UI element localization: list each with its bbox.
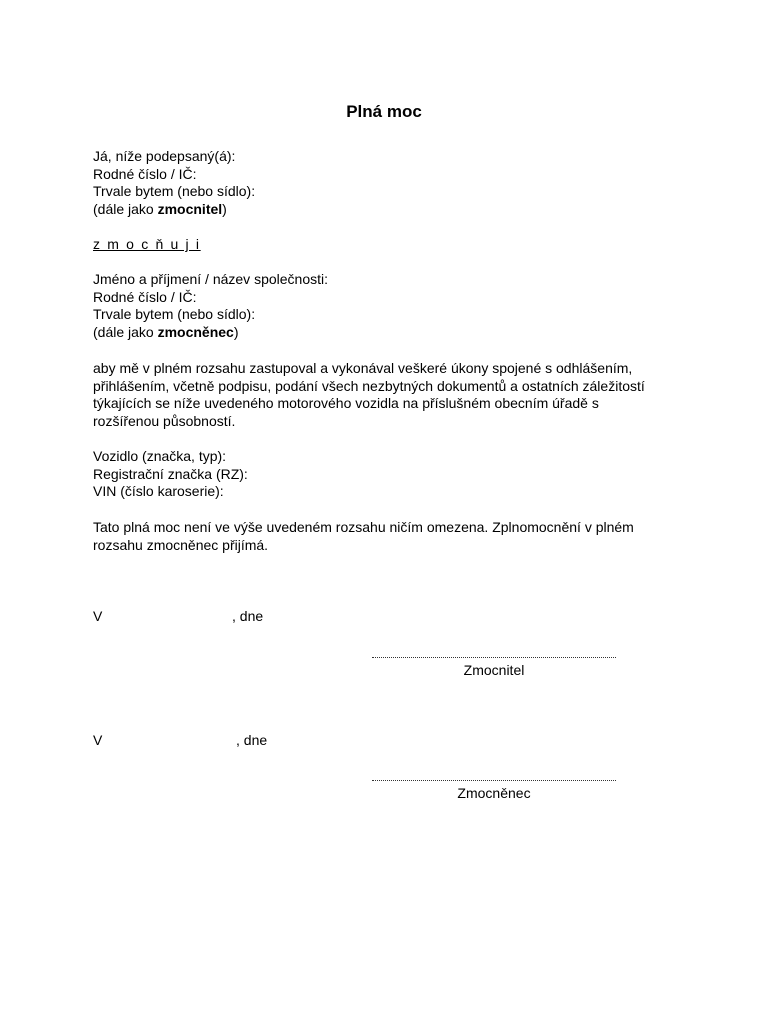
grantor-address-label: Trvale bytem (nebo sídlo): xyxy=(93,183,255,201)
vehicle-vin-label: VIN (číslo karoserie): xyxy=(93,483,248,501)
grantor-role-name: zmocnitel xyxy=(158,201,223,217)
grantor-role-line: (dále jako zmocnitel) xyxy=(93,201,255,219)
signer-label: Zmocnitel xyxy=(372,662,616,679)
paragraph-line: týkajících se níže uvedeného motorového … xyxy=(93,395,645,413)
grantee-id-label: Rodné číslo / IČ: xyxy=(93,289,328,307)
authorizes-heading-block: z m o c ň u j i xyxy=(93,236,201,254)
vehicle-type-label: Vozidlo (značka, typ): xyxy=(93,448,248,466)
scope-paragraph: aby mě v plném rozsahu zastupoval a vyko… xyxy=(93,360,645,430)
date-label: , dne xyxy=(232,607,263,625)
document-page: Plná moc Já, níže podepsaný(á): Rodné čí… xyxy=(0,0,768,1024)
role-prefix: (dále jako xyxy=(93,324,158,340)
paragraph-line: Tato plná moc není ve výše uvedeném rozs… xyxy=(93,519,634,537)
place-date-line-grantee: V , dne xyxy=(93,731,102,749)
date-label: , dne xyxy=(236,731,267,749)
signature-line xyxy=(372,770,616,781)
role-suffix: ) xyxy=(222,201,227,217)
grantee-name-label: Jméno a příjmení / název společnosti: xyxy=(93,271,328,289)
paragraph-line: aby mě v plném rozsahu zastupoval a vyko… xyxy=(93,360,645,378)
closing-paragraph: Tato plná moc není ve výše uvedeném rozs… xyxy=(93,519,634,554)
vehicle-registration-label: Registrační značka (RZ): xyxy=(93,466,248,484)
place-date-line-grantor: V , dne xyxy=(93,607,102,625)
document-title: Plná moc xyxy=(0,101,768,123)
grantor-id-label: Rodné číslo / IČ: xyxy=(93,166,255,184)
role-suffix: ) xyxy=(234,324,239,340)
place-label: V xyxy=(93,732,102,748)
paragraph-line: rozšířenou působností. xyxy=(93,413,645,431)
grantee-block: Jméno a příjmení / název společnosti: Ro… xyxy=(93,271,328,341)
paragraph-line: přihlášením, včetně podpisu, podání všec… xyxy=(93,378,645,396)
signature-line xyxy=(372,647,616,658)
paragraph-line: rozsahu zmocněnec přijímá. xyxy=(93,537,634,555)
role-prefix: (dále jako xyxy=(93,201,158,217)
signature-grantee: Zmocněnec xyxy=(372,770,616,802)
grantor-name-label: Já, níže podepsaný(á): xyxy=(93,148,255,166)
signer-label: Zmocněnec xyxy=(372,785,616,802)
grantee-address-label: Trvale bytem (nebo sídlo): xyxy=(93,306,328,324)
signature-grantor: Zmocnitel xyxy=(372,647,616,679)
place-label: V xyxy=(93,608,102,624)
grantor-block: Já, níže podepsaný(á): Rodné číslo / IČ:… xyxy=(93,148,255,218)
authorizes-heading: z m o c ň u j i xyxy=(93,236,201,254)
grantee-role-name: zmocněnec xyxy=(158,324,234,340)
vehicle-block: Vozidlo (značka, typ): Registrační značk… xyxy=(93,448,248,501)
grantee-role-line: (dále jako zmocněnec) xyxy=(93,324,328,342)
